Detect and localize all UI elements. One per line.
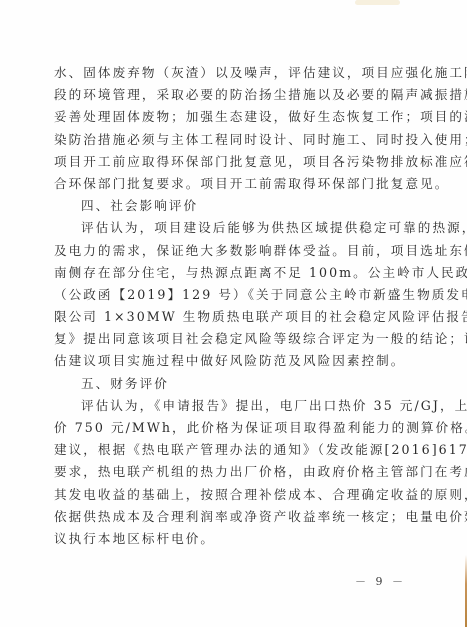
- text-line: （公政函【2019】129 号）《关于同意公主岭市新盛生物质发电有: [54, 284, 404, 306]
- text-line: 段的环境管理，采取必要的防治扬尘措施以及必要的隔声减振措施，: [54, 84, 404, 106]
- page-number: － 9 －: [355, 573, 406, 589]
- text-line: 染防治措施必须与主体工程同时设计、同时施工、同时投入使用；: [54, 129, 404, 151]
- text-line: 建议，根据《热电联产管理办法的通知》（发改能源[2016]617 号）: [54, 439, 404, 461]
- section-heading-financial: 五、财务评价: [54, 373, 404, 395]
- text-line: 项目开工前应取得环保部门批复意见，项目各污染物排放标准应符: [54, 151, 404, 173]
- text-line: 议执行本地区标杆电价。: [54, 528, 404, 550]
- text-line: 复》提出同意该项目社会稳定风险等级综合评定为一般的结论；评: [54, 328, 404, 350]
- paragraph-start: 评估认为，项目建设后能够为供热区域提供稳定可靠的热源，: [54, 217, 404, 239]
- text-line: 及电力的需求，保证绝大多数影响群体受益。目前，项目选址东侧、: [54, 240, 404, 262]
- text-line: 妥善处理固体废物；加强生态建设，做好生态恢复工作；项目的污: [54, 106, 404, 128]
- text-line: 估建议项目实施过程中做好风险防范及风险因素控制。: [54, 350, 404, 372]
- scan-smudge: [355, 0, 400, 5]
- text-line: 要求，热电联产机组的热力出厂价格，由政府价格主管部门在考虑: [54, 461, 404, 483]
- text-line: 依据供热成本及合理利润率或净资产收益率统一核定；电量电价建: [54, 506, 404, 528]
- text-line: 价 750 元/MWh，此价格为保证项目取得盈利能力的测算价格。评估: [54, 417, 404, 439]
- text-line: 水、固体废弃物（灰渣）以及噪声，评估建议，项目应强化施工阶: [54, 62, 404, 84]
- text-line: 限公司 1×30MW 生物质热电联产项目的社会稳定风险评估报告的批: [54, 306, 404, 328]
- text-line: 其发电收益的基础上，按照合理补偿成本、合理确定收益的原则，: [54, 484, 404, 506]
- document-page: 水、固体废弃物（灰渣）以及噪声，评估建议，项目应强化施工阶 段的环境管理，采取必…: [0, 0, 467, 627]
- body-text: 水、固体废弃物（灰渣）以及噪声，评估建议，项目应强化施工阶 段的环境管理，采取必…: [54, 62, 404, 550]
- text-line: 南侧存在部分住宅，与热源点距离不足 100m。公主岭市人民政府以: [54, 262, 404, 284]
- paragraph-start: 评估认为，《申请报告》提出，电厂出口热价 35 元/GJ，上网电: [54, 395, 404, 417]
- section-heading-social-impact: 四、社会影响评价: [54, 195, 404, 217]
- text-line: 合环保部门批复要求。项目开工前需取得环保部门批复意见。: [54, 173, 404, 195]
